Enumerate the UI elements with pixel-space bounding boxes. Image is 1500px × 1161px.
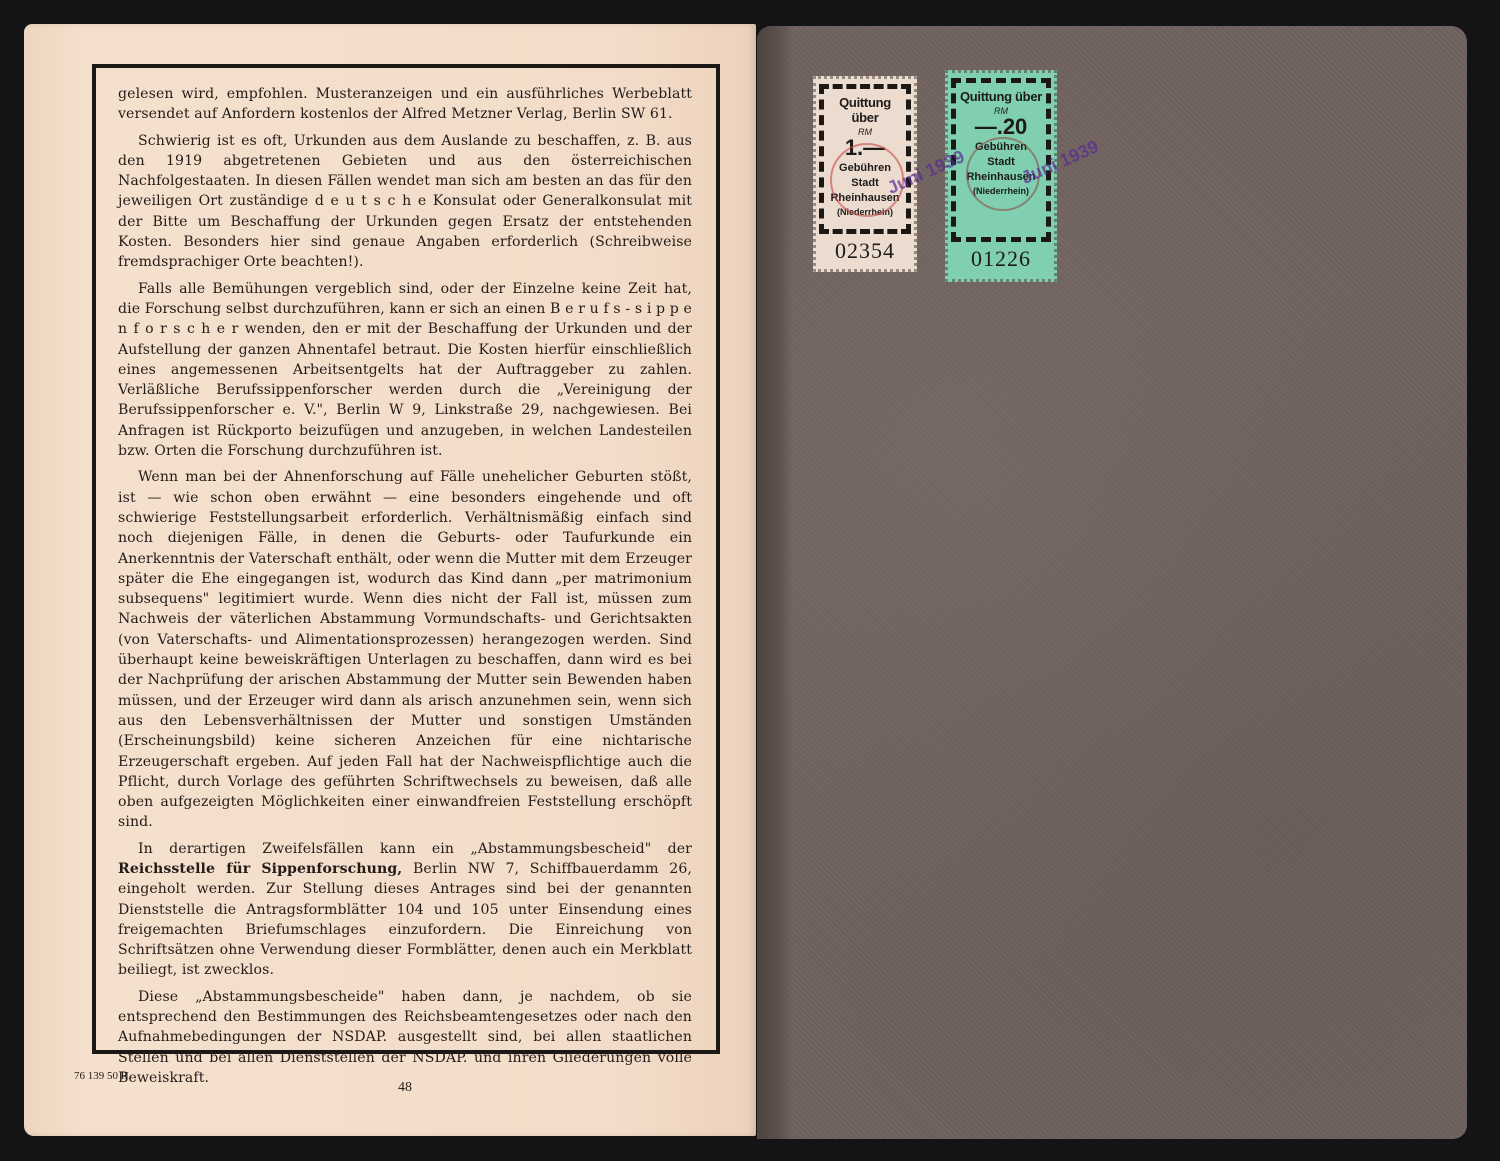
right-page-cover: Quittung über RM 1.— Gebühren Stadt Rhei… bbox=[757, 26, 1467, 1139]
stamp-line-4: (Niederrhein) bbox=[956, 185, 1046, 198]
paragraph-5-before: In derartigen Zweifelsfällen kann ein „A… bbox=[138, 841, 692, 857]
stamp-serial: 01226 bbox=[951, 246, 1051, 272]
stamp-amount: 1.— bbox=[824, 135, 906, 161]
paragraph-1: gelesen wird, empfohlen. Musteranzeigen … bbox=[118, 84, 692, 125]
print-code: 76 139 50 H. bbox=[74, 1070, 131, 1082]
stamp-frame: Quittung über RM —.20 Gebühren Stadt Rhe… bbox=[951, 78, 1051, 242]
stamp-title: Quittung über bbox=[824, 95, 906, 125]
left-page: gelesen wird, empfohlen. Musteranzeigen … bbox=[24, 24, 756, 1136]
paragraph-5: In derartigen Zweifelsfällen kann ein „A… bbox=[118, 839, 692, 981]
text-frame: gelesen wird, empfohlen. Musteranzeigen … bbox=[92, 64, 720, 1054]
paragraph-4: Wenn man bei der Ahnenforschung auf Fäll… bbox=[118, 467, 692, 832]
stamp-serial: 02354 bbox=[819, 238, 911, 264]
paragraph-6: Diese „Abstammungsbescheide" haben dann,… bbox=[118, 987, 692, 1088]
stamp-line-1: Gebühren bbox=[956, 140, 1046, 155]
stamp-amount: —.20 bbox=[956, 114, 1046, 140]
spine-shadow bbox=[757, 26, 793, 1139]
reichsstelle-bold: Reichsstelle für Sippenforschung, bbox=[118, 861, 402, 877]
stamp-frame: Quittung über RM 1.— Gebühren Stadt Rhei… bbox=[819, 84, 911, 234]
paragraph-5-after: Berlin NW 7, Schiffbauerdamm 26, eingeho… bbox=[118, 861, 692, 978]
stamp-title: Quittung über bbox=[956, 89, 1046, 104]
paragraph-3: Falls alle Bemühungen vergeblich sind, o… bbox=[118, 279, 692, 462]
paragraph-2: Schwierig ist es oft, Urkunden aus dem A… bbox=[118, 131, 692, 273]
stamp-line-4: (Niederrhein) bbox=[824, 206, 906, 219]
stamp-line-1: Gebühren bbox=[824, 161, 906, 176]
page-number: 48 bbox=[398, 1080, 412, 1096]
